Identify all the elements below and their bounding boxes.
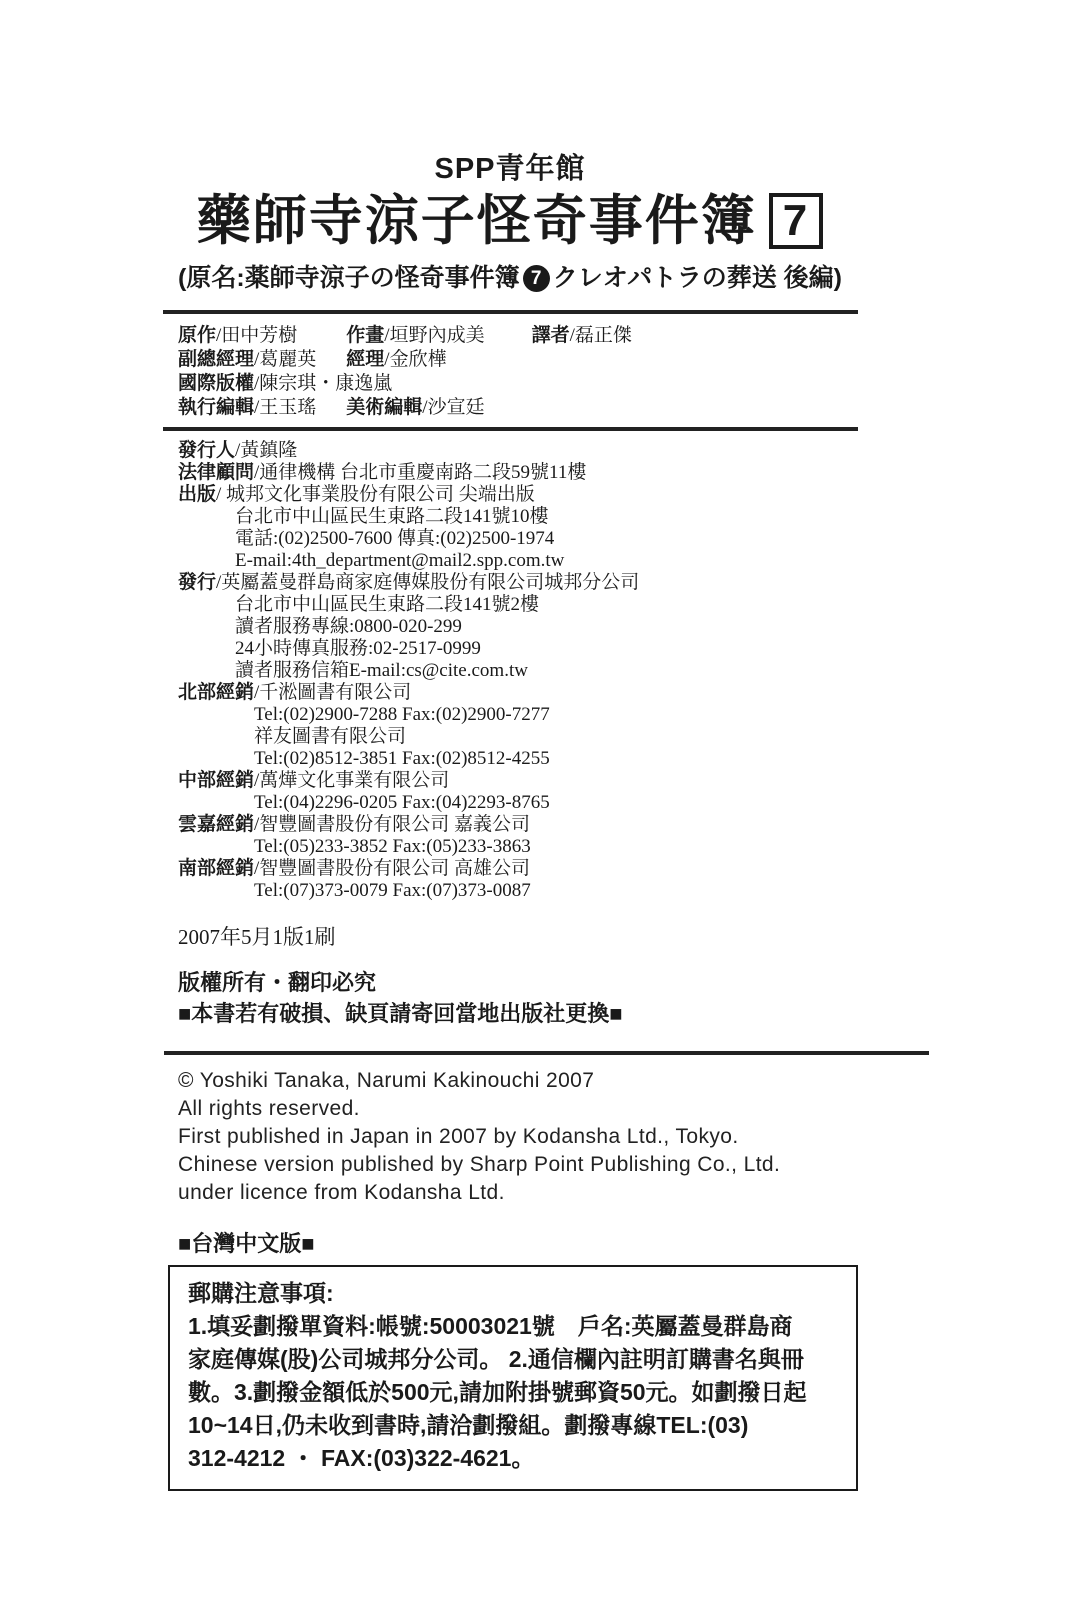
credit-pair: 執行編輯/王玉瑤	[178, 396, 341, 420]
english-copyright-line: © Yoshiki Tanaka, Narumi Kakinouchi 2007	[178, 1067, 1088, 1095]
colophon-line: Tel:(02)2900-7288 Fax:(02)2900-7277	[178, 704, 1088, 726]
edition-printing-line: 2007年5月1版1刷	[178, 924, 1088, 950]
volume-number-box: 7	[769, 193, 823, 249]
credit-label: 美術編輯	[346, 397, 422, 418]
original-title: (原名:薬師寺涼子の怪奇事件簿7クレオパトラの葬送 後編)	[100, 262, 920, 294]
colophon-value: Tel:(02)2900-7288 Fax:(02)2900-7277	[254, 704, 550, 725]
colophon-line: Tel:(05)233-3852 Fax:(05)233-3863	[178, 836, 1088, 858]
colophon-value: Tel:(07)373-0079 Fax:(07)373-0087	[254, 880, 531, 901]
english-copyright-line: Chinese version published by Sharp Point…	[178, 1151, 1088, 1179]
colophon-value: 千淞圖書有限公司	[259, 682, 411, 703]
colophon-value: Tel:(05)233-3852 Fax:(05)233-3863	[254, 836, 531, 857]
colophon-value: 台北市中山區民生東路二段141號2樓	[235, 594, 539, 615]
divider-bottom	[164, 1051, 929, 1055]
imprint-label: SPP青年館	[100, 152, 920, 186]
colophon-value: Tel:(02)8512-3851 Fax:(02)8512-4255	[254, 748, 550, 769]
credit-label: 副總經理	[178, 349, 254, 370]
colophon-line: 台北市中山區民生東路二段141號10樓	[178, 506, 1088, 528]
order-box-line: 10~14日,仍未收到書時,請洽劃撥組。劃撥專線TEL:(03)	[188, 1409, 838, 1442]
colophon-line: 台北市中山區民生東路二段141號2樓	[178, 594, 1088, 616]
colophon-value: 城邦文化事業股份有限公司 尖端出版	[221, 484, 535, 505]
circled-seven-icon: 7	[523, 265, 550, 292]
colophon-value: 通律機構 台北市重慶南路二段59號11樓	[259, 462, 586, 483]
colophon-line: 讀者服務信箱E-mail:cs@cite.com.tw	[178, 660, 1088, 682]
credit-row: 副總經理/葛麗英 經理/金欣樺	[178, 348, 1088, 372]
credit-label: 譯者	[532, 325, 570, 346]
colophon-line: 北部經銷/千淞圖書有限公司	[178, 682, 1088, 704]
credit-value: 田中芳樹	[221, 325, 297, 346]
credit-value: 王玉瑤	[259, 397, 316, 418]
colophon-value: 電話:(02)2500-7600 傳真:(02)2500-1974	[235, 528, 554, 549]
credit-value: 葛麗英	[259, 349, 316, 370]
colophon-line: 法律顧問/通律機構 台北市重慶南路二段59號11樓	[178, 462, 1088, 484]
colophon-line: 雲嘉經銷/智豐圖書股份有限公司 嘉義公司	[178, 814, 1088, 836]
colophon-line: 中部經銷/萬燁文化事業有限公司	[178, 770, 1088, 792]
colophon-value: 讀者服務專線:0800-020-299	[235, 616, 462, 637]
original-title-prefix: (原名:薬師寺涼子の怪奇事件簿	[178, 264, 520, 292]
divider-credits	[163, 427, 858, 431]
copyright-notice: 版權所有・翻印必究	[178, 970, 1088, 996]
colophon-line: 南部經銷/智豐圖書股份有限公司 高雄公司	[178, 858, 1088, 880]
colophon-label: 北部經銷	[178, 682, 254, 703]
colophon-line: Tel:(04)2296-0205 Fax:(04)2293-8765	[178, 792, 1088, 814]
original-title-suffix: クレオパトラの葬送 後編)	[553, 264, 842, 292]
credit-value: 垣野內成美	[390, 325, 485, 346]
book-title: 藥師寺涼子怪奇事件簿	[197, 191, 757, 251]
english-copyright-line: First published in Japan in 2007 by Koda…	[178, 1123, 1088, 1151]
colophon-line: Tel:(07)373-0079 Fax:(07)373-0087	[178, 880, 1088, 902]
colophon-value: 英屬蓋曼群島商家庭傳媒股份有限公司城邦分公司	[221, 572, 639, 593]
credit-value: 磊正傑	[575, 325, 632, 346]
damage-return-notice: ■本書若有破損、缺頁請寄回當地出版社更換■	[178, 1001, 1088, 1027]
colophon-value: 讀者服務信箱E-mail:cs@cite.com.tw	[235, 660, 528, 681]
english-copyright-block: © Yoshiki Tanaka, Narumi Kakinouchi 2007…	[178, 1067, 1088, 1207]
credit-pair: 經理/金欣樺	[346, 348, 446, 372]
page-title: 藥師寺涼子怪奇事件簿7	[100, 190, 920, 252]
colophon-label: 發行人	[178, 440, 235, 461]
colophon-label: 中部經銷	[178, 770, 254, 791]
order-box-line: 家庭傳媒(股)公司城邦分公司。 2.通信欄內註明訂購書名與冊	[188, 1343, 838, 1376]
credit-pair: 譯者/磊正傑	[532, 324, 632, 348]
credit-value: 陳宗琪・康逸嵐	[259, 373, 392, 394]
credit-label: 作畫	[346, 325, 384, 346]
order-box-line: 312-4212 ・ FAX:(03)322-4621。	[188, 1442, 838, 1475]
colophon-label: 南部經銷	[178, 858, 254, 879]
credit-pair: 國際版權/陳宗琪・康逸嵐	[178, 372, 392, 396]
colophon-value: 智豐圖書股份有限公司 嘉義公司	[259, 814, 530, 835]
credit-label: 國際版權	[178, 373, 254, 394]
credit-row: 國際版權/陳宗琪・康逸嵐	[178, 372, 1088, 396]
colophon-value: 萬燁文化事業有限公司	[259, 770, 449, 791]
colophon-line: 24小時傳真服務:02-2517-0999	[178, 638, 1088, 660]
english-copyright-line: under licence from Kodansha Ltd.	[178, 1179, 1088, 1207]
colophon-line: 祥友圖書有限公司	[178, 726, 1088, 748]
colophon-line: 出版/ 城邦文化事業股份有限公司 尖端出版	[178, 484, 1088, 506]
colophon-value: Tel:(04)2296-0205 Fax:(04)2293-8765	[254, 792, 550, 813]
colophon-line: Tel:(02)8512-3851 Fax:(02)8512-4255	[178, 748, 1088, 770]
credit-row: 原作/田中芳樹 作畫/垣野內成美 譯者/磊正傑	[178, 324, 1088, 348]
english-copyright-line: All rights reserved.	[178, 1095, 1088, 1123]
taiwan-edition-label: ■台灣中文版■	[178, 1231, 1088, 1257]
colophon-value: 24小時傳真服務:02-2517-0999	[235, 638, 481, 659]
credit-label: 執行編輯	[178, 397, 254, 418]
colophon-page: SPP青年館 藥師寺涼子怪奇事件簿7 (原名:薬師寺涼子の怪奇事件簿7クレオパト…	[0, 0, 1088, 1600]
staff-credits: 原作/田中芳樹 作畫/垣野內成美 譯者/磊正傑 副總經理/葛麗英 經理/金欣樺 …	[178, 324, 1088, 420]
colophon-label: 雲嘉經銷	[178, 814, 254, 835]
colophon-value: 台北市中山區民生東路二段141號10樓	[235, 506, 549, 527]
colophon-line: 發行/英屬蓋曼群島商家庭傳媒股份有限公司城邦分公司	[178, 572, 1088, 594]
credit-label: 原作	[178, 325, 216, 346]
credit-label: 經理	[346, 349, 384, 370]
colophon-label: 法律顧問	[178, 462, 254, 483]
colophon-line: 讀者服務專線:0800-020-299	[178, 616, 1088, 638]
colophon-value: E-mail:4th_department@mail2.spp.com.tw	[235, 550, 564, 571]
order-box-line: 1.填妥劃撥單資料:帳號:50003021號 戶名:英屬蓋曼群島商	[188, 1310, 838, 1343]
credit-value: 金欣樺	[390, 349, 447, 370]
credit-pair: 原作/田中芳樹	[178, 324, 341, 348]
credit-pair: 副總經理/葛麗英	[178, 348, 341, 372]
credit-pair: 美術編輯/沙宣廷	[346, 396, 484, 420]
credit-value: 沙宣廷	[428, 397, 485, 418]
divider-top	[163, 310, 858, 314]
colophon-line: 電話:(02)2500-7600 傳真:(02)2500-1974	[178, 528, 1088, 550]
credit-pair: 作畫/垣野內成美	[346, 324, 526, 348]
colophon-value: 祥友圖書有限公司	[254, 726, 406, 747]
mail-order-notice-box: 郵購注意事項: 1.填妥劃撥單資料:帳號:50003021號 戶名:英屬蓋曼群島…	[168, 1265, 858, 1491]
order-box-line: 數。3.劃撥金額低於500元,請加附掛號郵資50元。如劃撥日起	[188, 1376, 838, 1409]
colophon-line: E-mail:4th_department@mail2.spp.com.tw	[178, 550, 1088, 572]
colophon-label: 出版	[178, 484, 216, 505]
credit-row: 執行編輯/王玉瑤 美術編輯/沙宣廷	[178, 396, 1088, 420]
colophon-value: 智豐圖書股份有限公司 高雄公司	[259, 858, 530, 879]
title-block: SPP青年館 藥師寺涼子怪奇事件簿7 (原名:薬師寺涼子の怪奇事件簿7クレオパト…	[100, 152, 920, 294]
order-box-line: 郵購注意事項:	[188, 1277, 838, 1310]
colophon-value: 黃鎮隆	[240, 440, 297, 461]
colophon-label: 發行	[178, 572, 216, 593]
colophon-line: 發行人/黃鎮隆	[178, 440, 1088, 462]
publisher-colophon: 發行人/黃鎮隆 法律顧問/通律機構 台北市重慶南路二段59號11樓 出版/ 城邦…	[178, 440, 1088, 902]
